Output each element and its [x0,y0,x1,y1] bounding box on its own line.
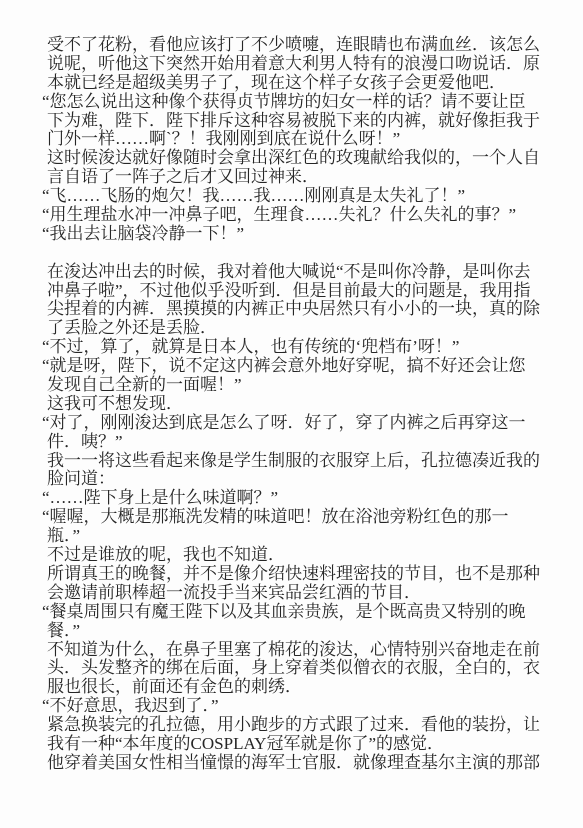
text-line: “飞……飞肠的炮欠！我……我……刚刚真是太失礼了！” [42,187,552,206]
text-line: 所谓真王的晚餐，并不是像介绍快速料理密技的节目，也不是那种 [47,565,552,584]
text-line: 说呢，听他这下突然开始用着意大利男人特有的浪漫口吻说话．原 [47,55,552,74]
text-line: 紧急换装完的孔拉德，用小跑步的方式跟了过来．看他的装扮，让 [47,716,552,735]
text-line: “……陛下身上是什么味道啊？” [42,489,552,508]
text-line: 这我可不想发现． [47,395,552,414]
text-line: 他穿着美国女性相当憧憬的海军士官服．就像理查基尔主演的那部 [47,754,552,773]
text-line: 尖捏着的内裤．黑摸摸的内裤正中央居然只有小小的一块，真的除 [47,300,552,319]
text-line: 不知道为什么，在鼻子里塞了棉花的浚达，心情特别兴奋地走在前 [47,641,552,660]
blank-line [47,244,552,263]
text-line: “我出去让脑袋冷静一下！” [42,225,552,244]
text-line: 件．咦？” [47,433,552,452]
text-line: “就是呀，陛下，说不定这内裤会意外地好穿呢，搞不好还会让您 [42,357,552,376]
text-line: 餐．” [47,622,552,641]
text-line: 下为难，陛下．陛下排斥这种容易被脱下来的内裤，就好像拒我于 [47,112,552,131]
text-line: 瓶．” [47,527,552,546]
text-line: 这时候浚达就好像随时会拿出深红色的玫瑰献给我似的，一个人自 [47,149,552,168]
text-block: 受不了花粉，看他应该打了不少喷嚏，连眼睛也布满血丝．该怎么说呢，听他这下突然开始… [47,36,552,773]
text-line: “对了，刚刚浚达到底是怎么了呀．好了，穿了内裤之后再穿这一 [42,414,552,433]
text-line: 发现自己全新的一面喔！” [47,376,552,395]
document-page: 受不了花粉，看他应该打了不少喷嚏，连眼睛也布满血丝．该怎么说呢，听他这下突然开始… [0,0,583,828]
text-line: 我有一种“本年度的COSPLAY冠军就是你了”的感觉． [47,735,552,754]
text-line: “您怎么说出这种像个获得贞节牌坊的妇女一样的话？请不要让臣 [42,93,552,112]
text-line: 脸问道： [47,470,552,489]
text-line: “不过，算了，就算是日本人，也有传统的‘兜档布’呀！” [42,338,552,357]
text-line: “用生理盐水冲一冲鼻子吧，生理食……失礼？什么失礼的事？” [42,206,552,225]
text-line: “不好意思，我迟到了．” [42,697,552,716]
text-line: 在浚达冲出去的时候，我对着他大喊说“不是叫你冷静，是叫你去 [47,263,552,282]
text-line: 言自语了一阵子之后才又回过神来． [47,168,552,187]
text-line: 门外一样……啊`？！我刚刚到底在说什么呀！” [47,130,552,149]
text-line: 头．头发整齐的绑在后面，身上穿着类似僧衣的衣服，全白的，衣 [47,659,552,678]
text-line: 了丢脸之外还是丢脸． [47,319,552,338]
text-line: 本就已经是超级美男子了，现在这个样子女孩子会更爱他吧． [47,74,552,93]
text-line: 不过是谁放的呢，我也不知道． [47,546,552,565]
text-line: “餐桌周围只有魔王陛下以及其血亲贵族，是个既高贵又特别的晚 [42,603,552,622]
text-line: 我一一将这些看起来像是学生制服的衣服穿上后，孔拉德凑近我的 [47,452,552,471]
text-line: 会邀请前职棒超一流投手当来宾品尝红酒的节目． [47,584,552,603]
text-line: 服也很长，前面还有金色的刺绣． [47,678,552,697]
text-line: 受不了花粉，看他应该打了不少喷嚏，连眼睛也布满血丝．该怎么 [47,36,552,55]
text-line: “喔喔，大概是那瓶洗发精的味道吧！放在浴池旁粉红色的那一 [42,508,552,527]
text-line: 冲鼻子啦”，不过他似乎没听到．但是目前最大的问题是，我用指 [47,282,552,301]
